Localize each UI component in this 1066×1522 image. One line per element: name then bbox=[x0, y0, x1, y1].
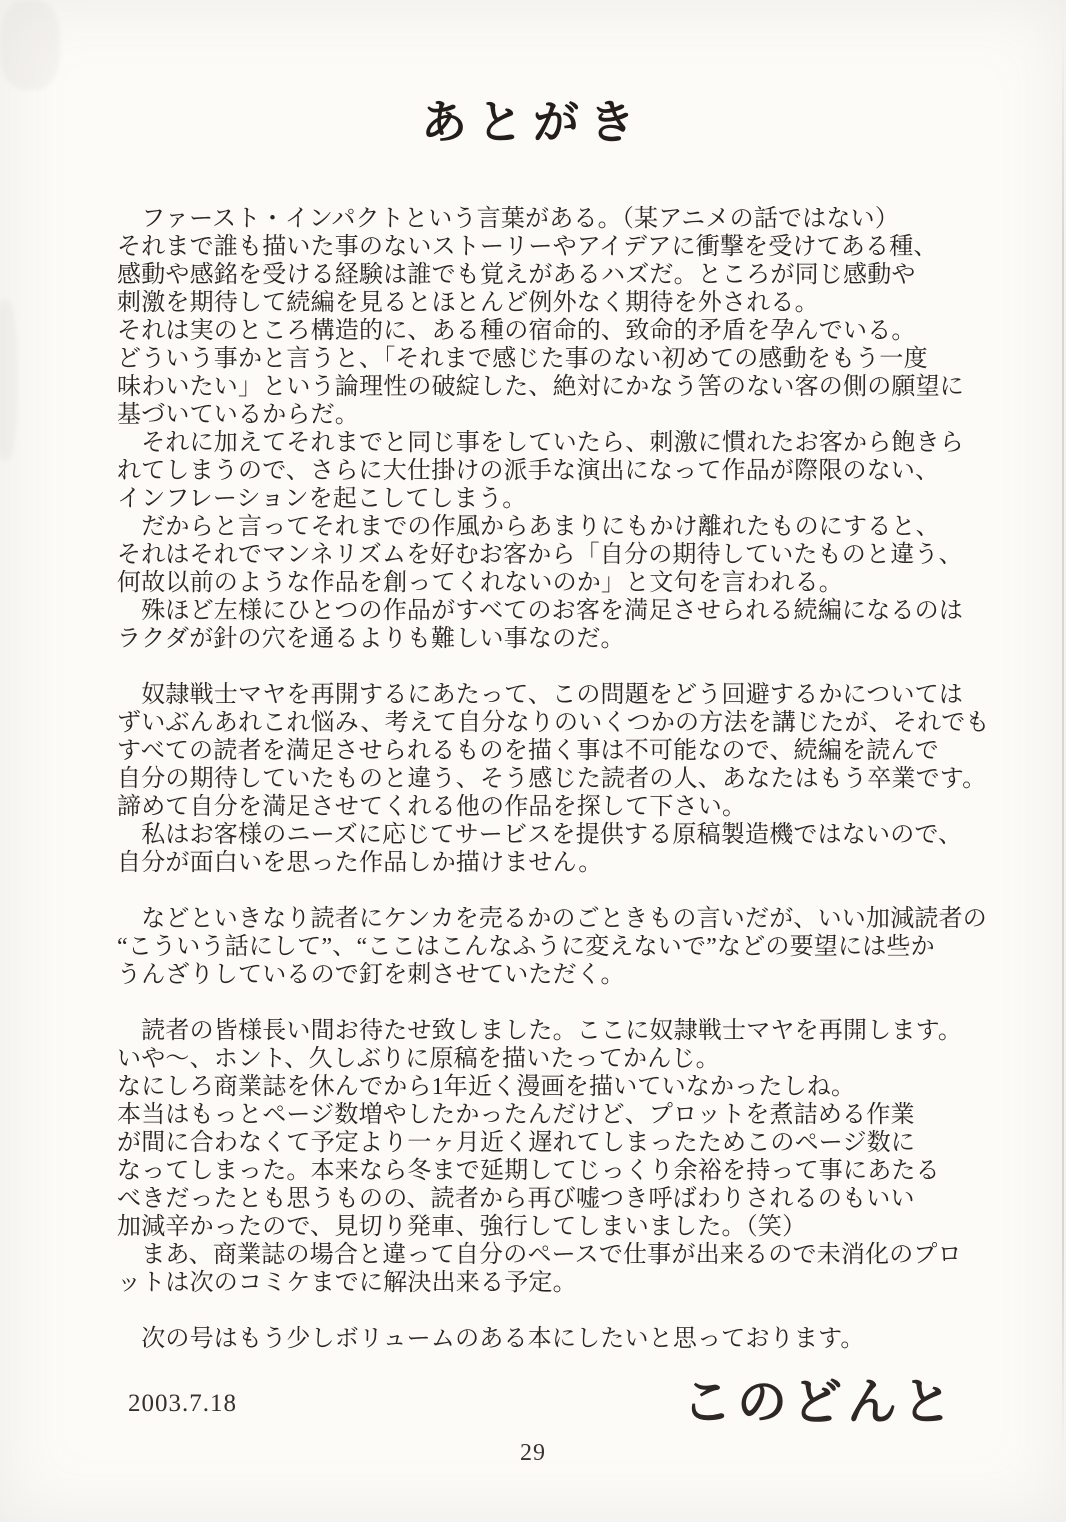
body-line: などといきなり読者にケンカを売るかのごときもの言いだが、いい加減読者の bbox=[117, 905, 967, 933]
body-line: いや〜、ホント、久しぶりに原稿を描いたってかんじ。 bbox=[117, 1045, 967, 1073]
body-line: 味わいたい」という論理性の破綻した、絶対にかなう筈のない客の側の願望に bbox=[117, 373, 967, 401]
body-line: それは実のところ構造的に、ある種の宿命的、致命的矛盾を孕んでいる。 bbox=[117, 317, 967, 345]
page-number: 29 bbox=[0, 1440, 1066, 1467]
body-line: それに加えてそれまでと同じ事をしていたら、刺激に慣れたお客から飽きら bbox=[117, 429, 967, 457]
page-title: あとがき bbox=[0, 86, 1066, 152]
body-paragraph: 読者の皆様長い間お待たせ致しました。ここに奴隷戦士マヤを再開します。いや〜、ホン… bbox=[117, 1017, 967, 1297]
body-line: それはそれでマンネリズムを好むお客から「自分の期待していたものと違う、 bbox=[117, 541, 967, 569]
body-line: ットは次のコミケまでに解決出来る予定。 bbox=[117, 1269, 967, 1297]
body-line: 本当はもっとページ数増やしたかったんだけど、プロットを煮詰める作業 bbox=[117, 1101, 967, 1129]
body-line: 自分の期待していたものと違う、そう感じた読者の人、あなたはもう卒業です。 bbox=[117, 765, 967, 793]
body-line: 私はお客様のニーズに応じてサービスを提供する原稿製造機ではないので、 bbox=[117, 821, 967, 849]
body-paragraph: 次の号はもう少しボリュームのある本にしたいと思っております。 bbox=[117, 1325, 967, 1353]
body-line: うんざりしているので釘を刺させていただく。 bbox=[117, 961, 967, 989]
body-paragraph: などといきなり読者にケンカを売るかのごときもの言いだが、いい加減読者の“こういう… bbox=[117, 905, 967, 989]
body-line: 殊ほど左様にひとつの作品がすべてのお客を満足させられる続編になるのは bbox=[117, 597, 967, 625]
body-line: 加減辛かったので、見切り発車、強行してしまいました。（笑） bbox=[117, 1213, 967, 1241]
scan-smudge-left bbox=[0, 300, 18, 460]
body-paragraph: 奴隷戦士マヤを再開するにあたって、この問題をどう回避するかについてはずいぶんあれ… bbox=[117, 681, 967, 877]
body-line: “こういう話にして”、“ここはこんなふうに変えないで”などの要望には些か bbox=[117, 933, 967, 961]
body-line: 刺激を期待して続編を見るとほとんど例外なく期待を外される。 bbox=[117, 289, 967, 317]
author-signature: このどんと bbox=[682, 1362, 957, 1434]
body-line: それまで誰も描いた事のないストーリーやアイデアに衝撃を受けてある種、 bbox=[117, 233, 967, 261]
body-line: ファースト・インパクトという言葉がある。（某アニメの話ではない） bbox=[117, 205, 967, 233]
body-line: ずいぶんあれこれ悩み、考えて自分なりのいくつかの方法を講じたが、それでも bbox=[117, 709, 967, 737]
right-edge-scan-line bbox=[1062, 30, 1064, 1460]
body-line: 次の号はもう少しボリュームのある本にしたいと思っております。 bbox=[117, 1325, 967, 1353]
body-line: インフレーションを起こしてしまう。 bbox=[117, 485, 967, 513]
body-line: 読者の皆様長い間お待たせ致しました。ここに奴隷戦士マヤを再開します。 bbox=[117, 1017, 967, 1045]
body-paragraph: ファースト・インパクトという言葉がある。（某アニメの話ではない）それまで誰も描い… bbox=[117, 205, 967, 653]
body-line: れてしまうので、さらに大仕掛けの派手な演出になって作品が際限のない、 bbox=[117, 457, 967, 485]
body-line: 基づいているからだ。 bbox=[117, 401, 967, 429]
body-line: ラクダが針の穴を通るよりも難しい事なのだ。 bbox=[117, 625, 967, 653]
body-line: すべての読者を満足させられるものを描く事は不可能なので、続編を読んで bbox=[117, 737, 967, 765]
scan-smudge-top-left bbox=[0, 0, 60, 90]
body-line: 感動や感銘を受ける経験は誰でも覚えがあるハズだ。ところが同じ感動や bbox=[117, 261, 967, 289]
body-text: ファースト・インパクトという言葉がある。（某アニメの話ではない）それまで誰も描い… bbox=[117, 205, 967, 1353]
body-line: まあ、商業誌の場合と違って自分のペースで仕事が出来るので未消化のプロ bbox=[117, 1241, 967, 1269]
body-line: べきだったとも思うものの、読者から再び嘘つき呼ばわりされるのもいい bbox=[117, 1185, 967, 1213]
body-line: 奴隷戦士マヤを再開するにあたって、この問題をどう回避するかについては bbox=[117, 681, 967, 709]
body-line: なにしろ商業誌を休んでから1年近く漫画を描いていなかったしね。 bbox=[117, 1073, 967, 1101]
date: 2003.7.18 bbox=[128, 1390, 237, 1418]
body-line: どういう事かと言うと、「それまで感じた事のない初めての感動をもう一度 bbox=[117, 345, 967, 373]
body-line: だからと言ってそれまでの作風からあまりにもかけ離れたものにすると、 bbox=[117, 513, 967, 541]
body-line: 自分が面白いを思った作品しか描けません。 bbox=[117, 849, 967, 877]
body-line: が間に合わなくて予定より一ヶ月近く遅れてしまったためこのページ数に bbox=[117, 1129, 967, 1157]
body-line: なってしまった。本来なら冬まで延期してじっくり余裕を持って事にあたる bbox=[117, 1157, 967, 1185]
body-line: 何故以前のような作品を創ってくれないのか」と文句を言われる。 bbox=[117, 569, 967, 597]
body-line: 諦めて自分を満足させてくれる他の作品を探して下さい。 bbox=[117, 793, 967, 821]
